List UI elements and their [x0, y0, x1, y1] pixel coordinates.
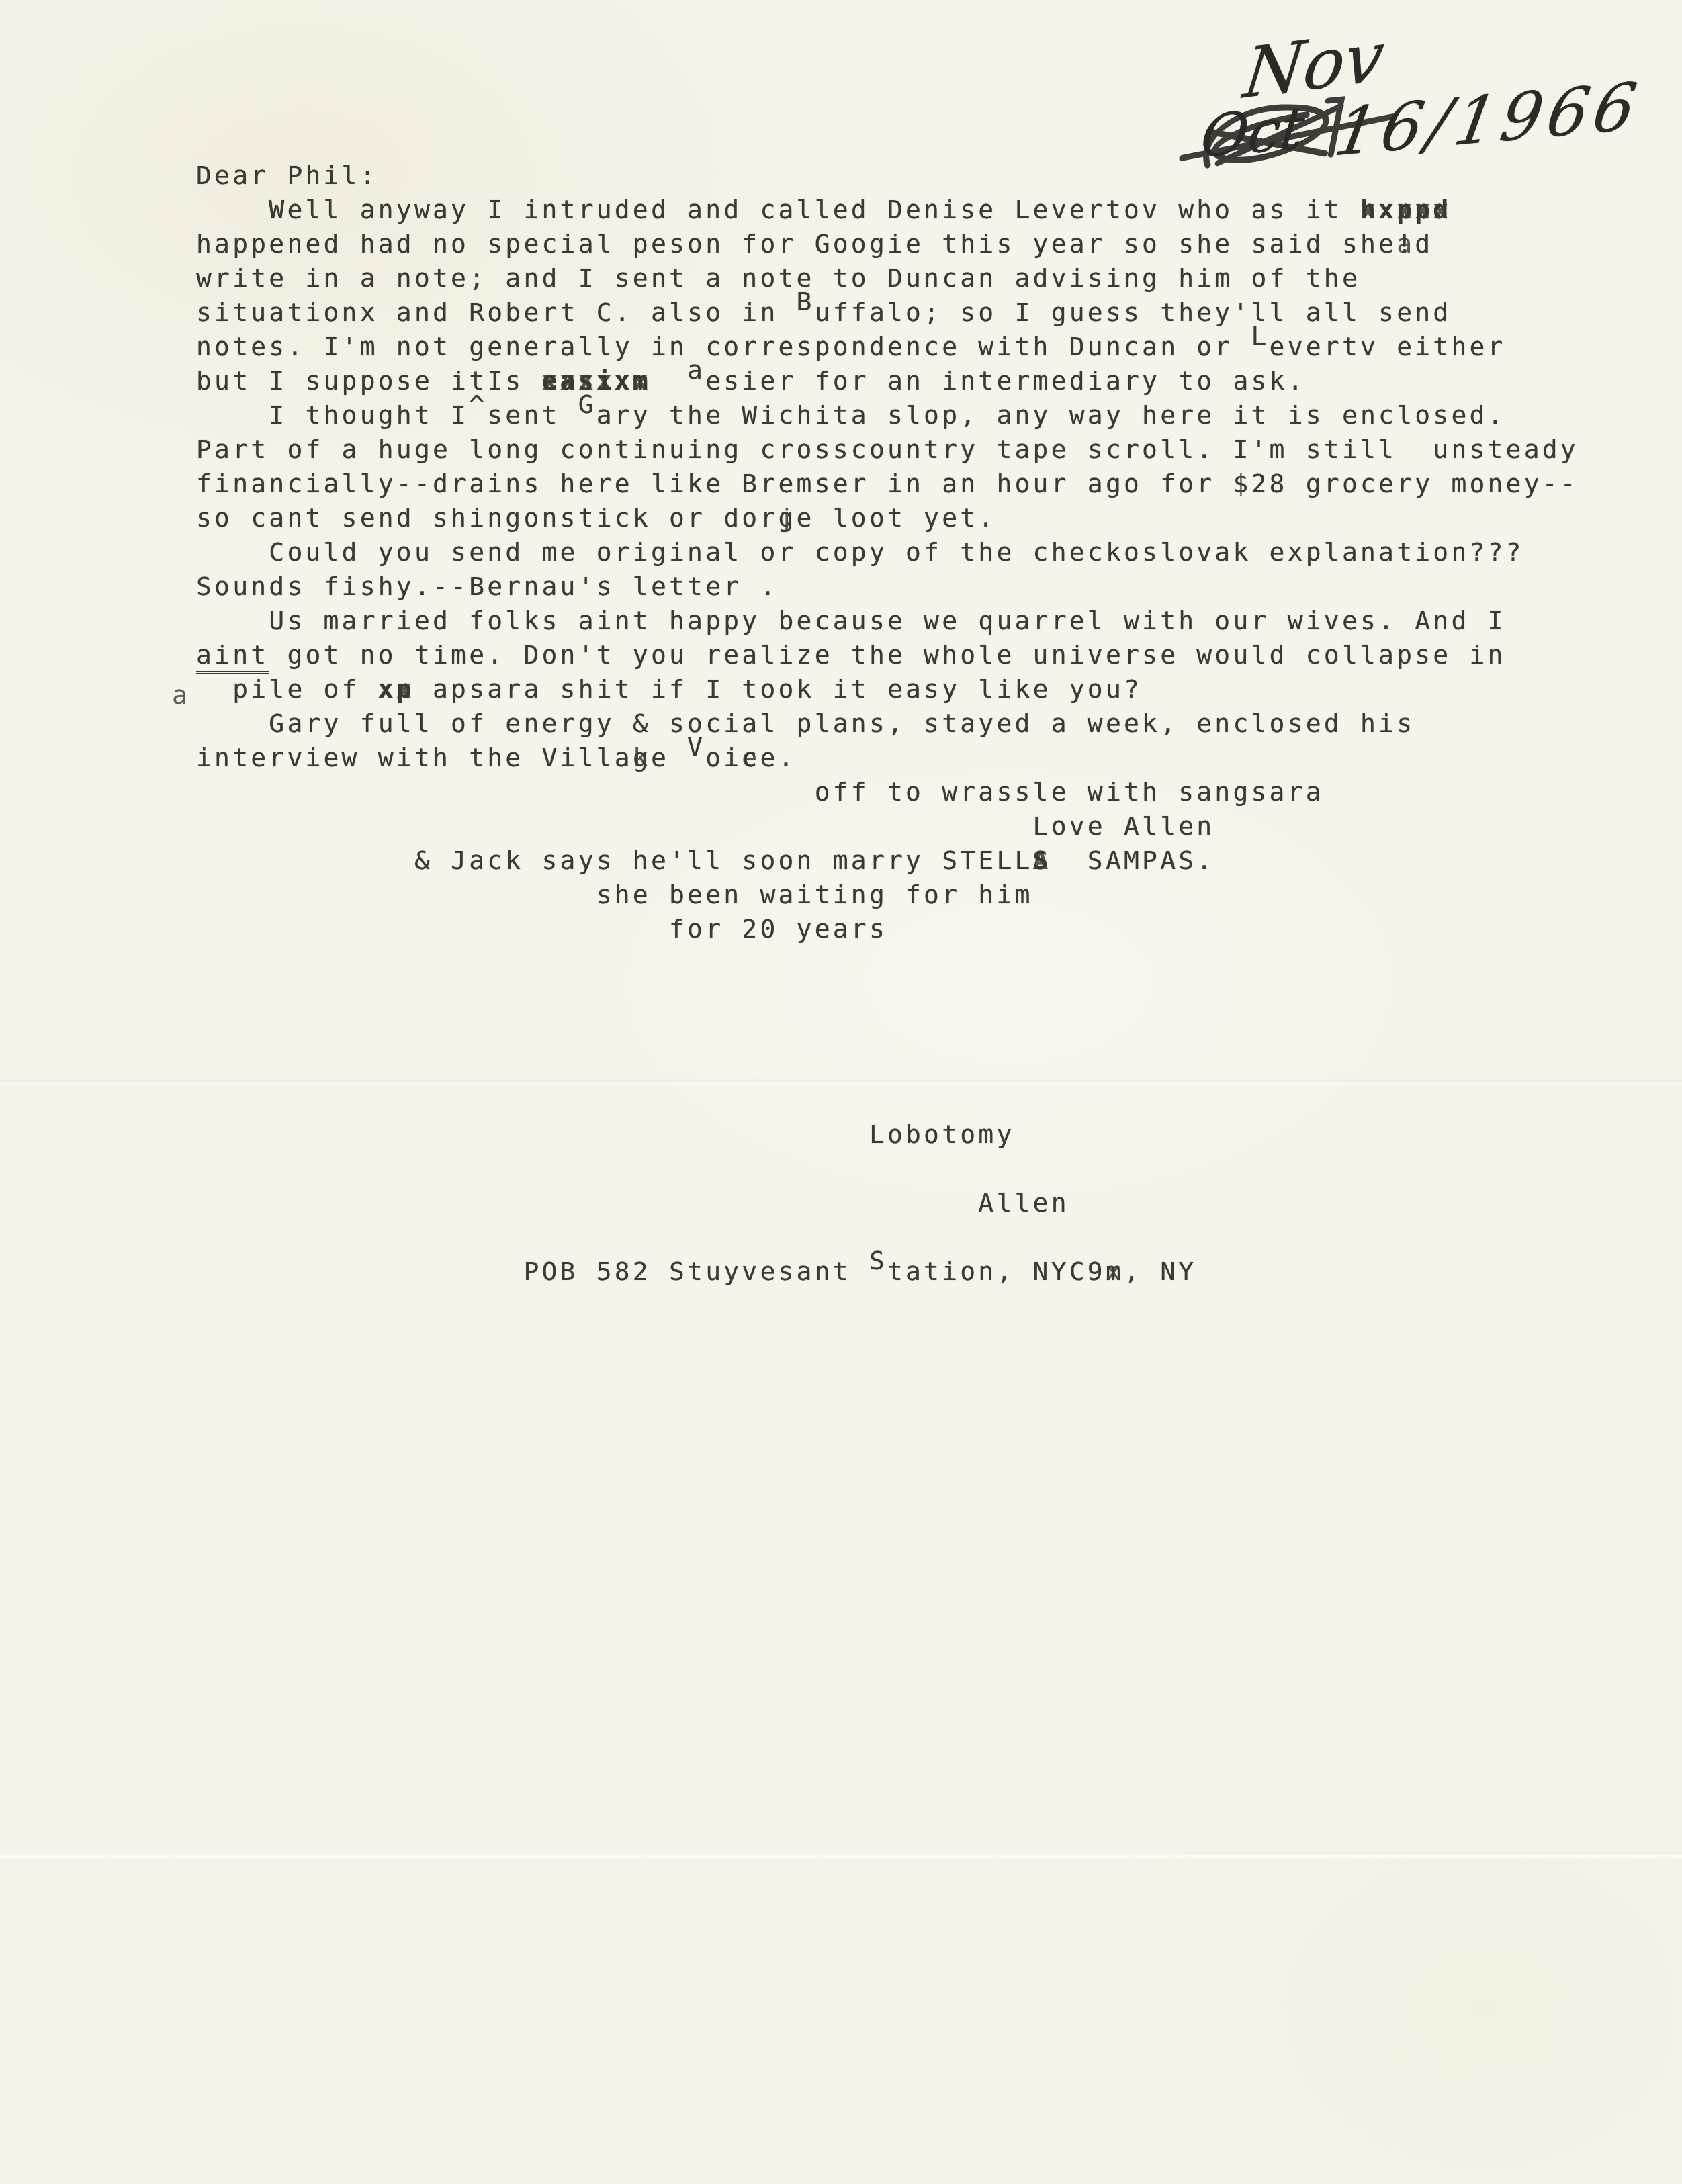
- letter-line: Gary full of energy & social plans, stay…: [196, 707, 1540, 741]
- letter-line: POB 582 Stuyvesant Station, NYC9mx, NY: [196, 1255, 1540, 1289]
- letter-line: aint got no time. Don't you realize the …: [196, 638, 1540, 672]
- letter-line: [196, 1049, 1540, 1083]
- letter-body: Dear Phil: WWell anyway I intruded and c…: [196, 158, 1540, 1289]
- letter-line: but I suppose itIs easixmxxxxxx aesier f…: [196, 364, 1540, 398]
- letter-line: [196, 946, 1540, 981]
- letter-line: Part of a huge long continuing crosscoun…: [196, 433, 1540, 467]
- letter-line: so cant send shingonstick or dorgje loot…: [196, 501, 1540, 535]
- letter-line: off to wrassle with sangsara: [196, 775, 1540, 809]
- fold-crease: [0, 1852, 1682, 1859]
- signature-allen: [1241, 831, 1564, 939]
- letter-line: Allen: [196, 1186, 1540, 1220]
- letter-line: a pile of xpxx apsara shit if I took it …: [196, 672, 1540, 707]
- letter-line: [196, 1220, 1540, 1255]
- letter-line: [196, 981, 1540, 1015]
- letter-line: interview with the Villagke Voicee.: [196, 741, 1540, 775]
- letter-line: WWell anyway I intruded and called Denis…: [196, 193, 1540, 227]
- letter-line: [196, 1015, 1540, 1049]
- letter-line: Us married folks aint happy because we q…: [196, 604, 1540, 638]
- letter-page: Nov Oct 16/1966 Dear Phil: WWell anyway …: [0, 0, 1682, 2184]
- letter-line: I thought I^sent Gary the Wichita slop, …: [196, 398, 1540, 433]
- letter-line: notes. I'm not generally in corresponden…: [196, 330, 1540, 364]
- letter-line: financially--drains here like Bremser in…: [196, 467, 1540, 501]
- letter-line: situationx and Robert C. also in Buffalo…: [196, 295, 1540, 330]
- letter-line: happened had no special peson for Googie…: [196, 227, 1540, 261]
- letter-line: write in a note; and I sent a note to Du…: [196, 261, 1540, 295]
- letter-line: Dear Phil:: [196, 158, 1540, 193]
- letter-line: Sounds fishy.--Bernau's letter .: [196, 570, 1540, 604]
- letter-line: [196, 1083, 1540, 1118]
- letter-line: Lobotomy: [196, 1118, 1540, 1152]
- letter-line: [196, 1152, 1540, 1186]
- letter-line: Could you send me original or copy of th…: [196, 535, 1540, 570]
